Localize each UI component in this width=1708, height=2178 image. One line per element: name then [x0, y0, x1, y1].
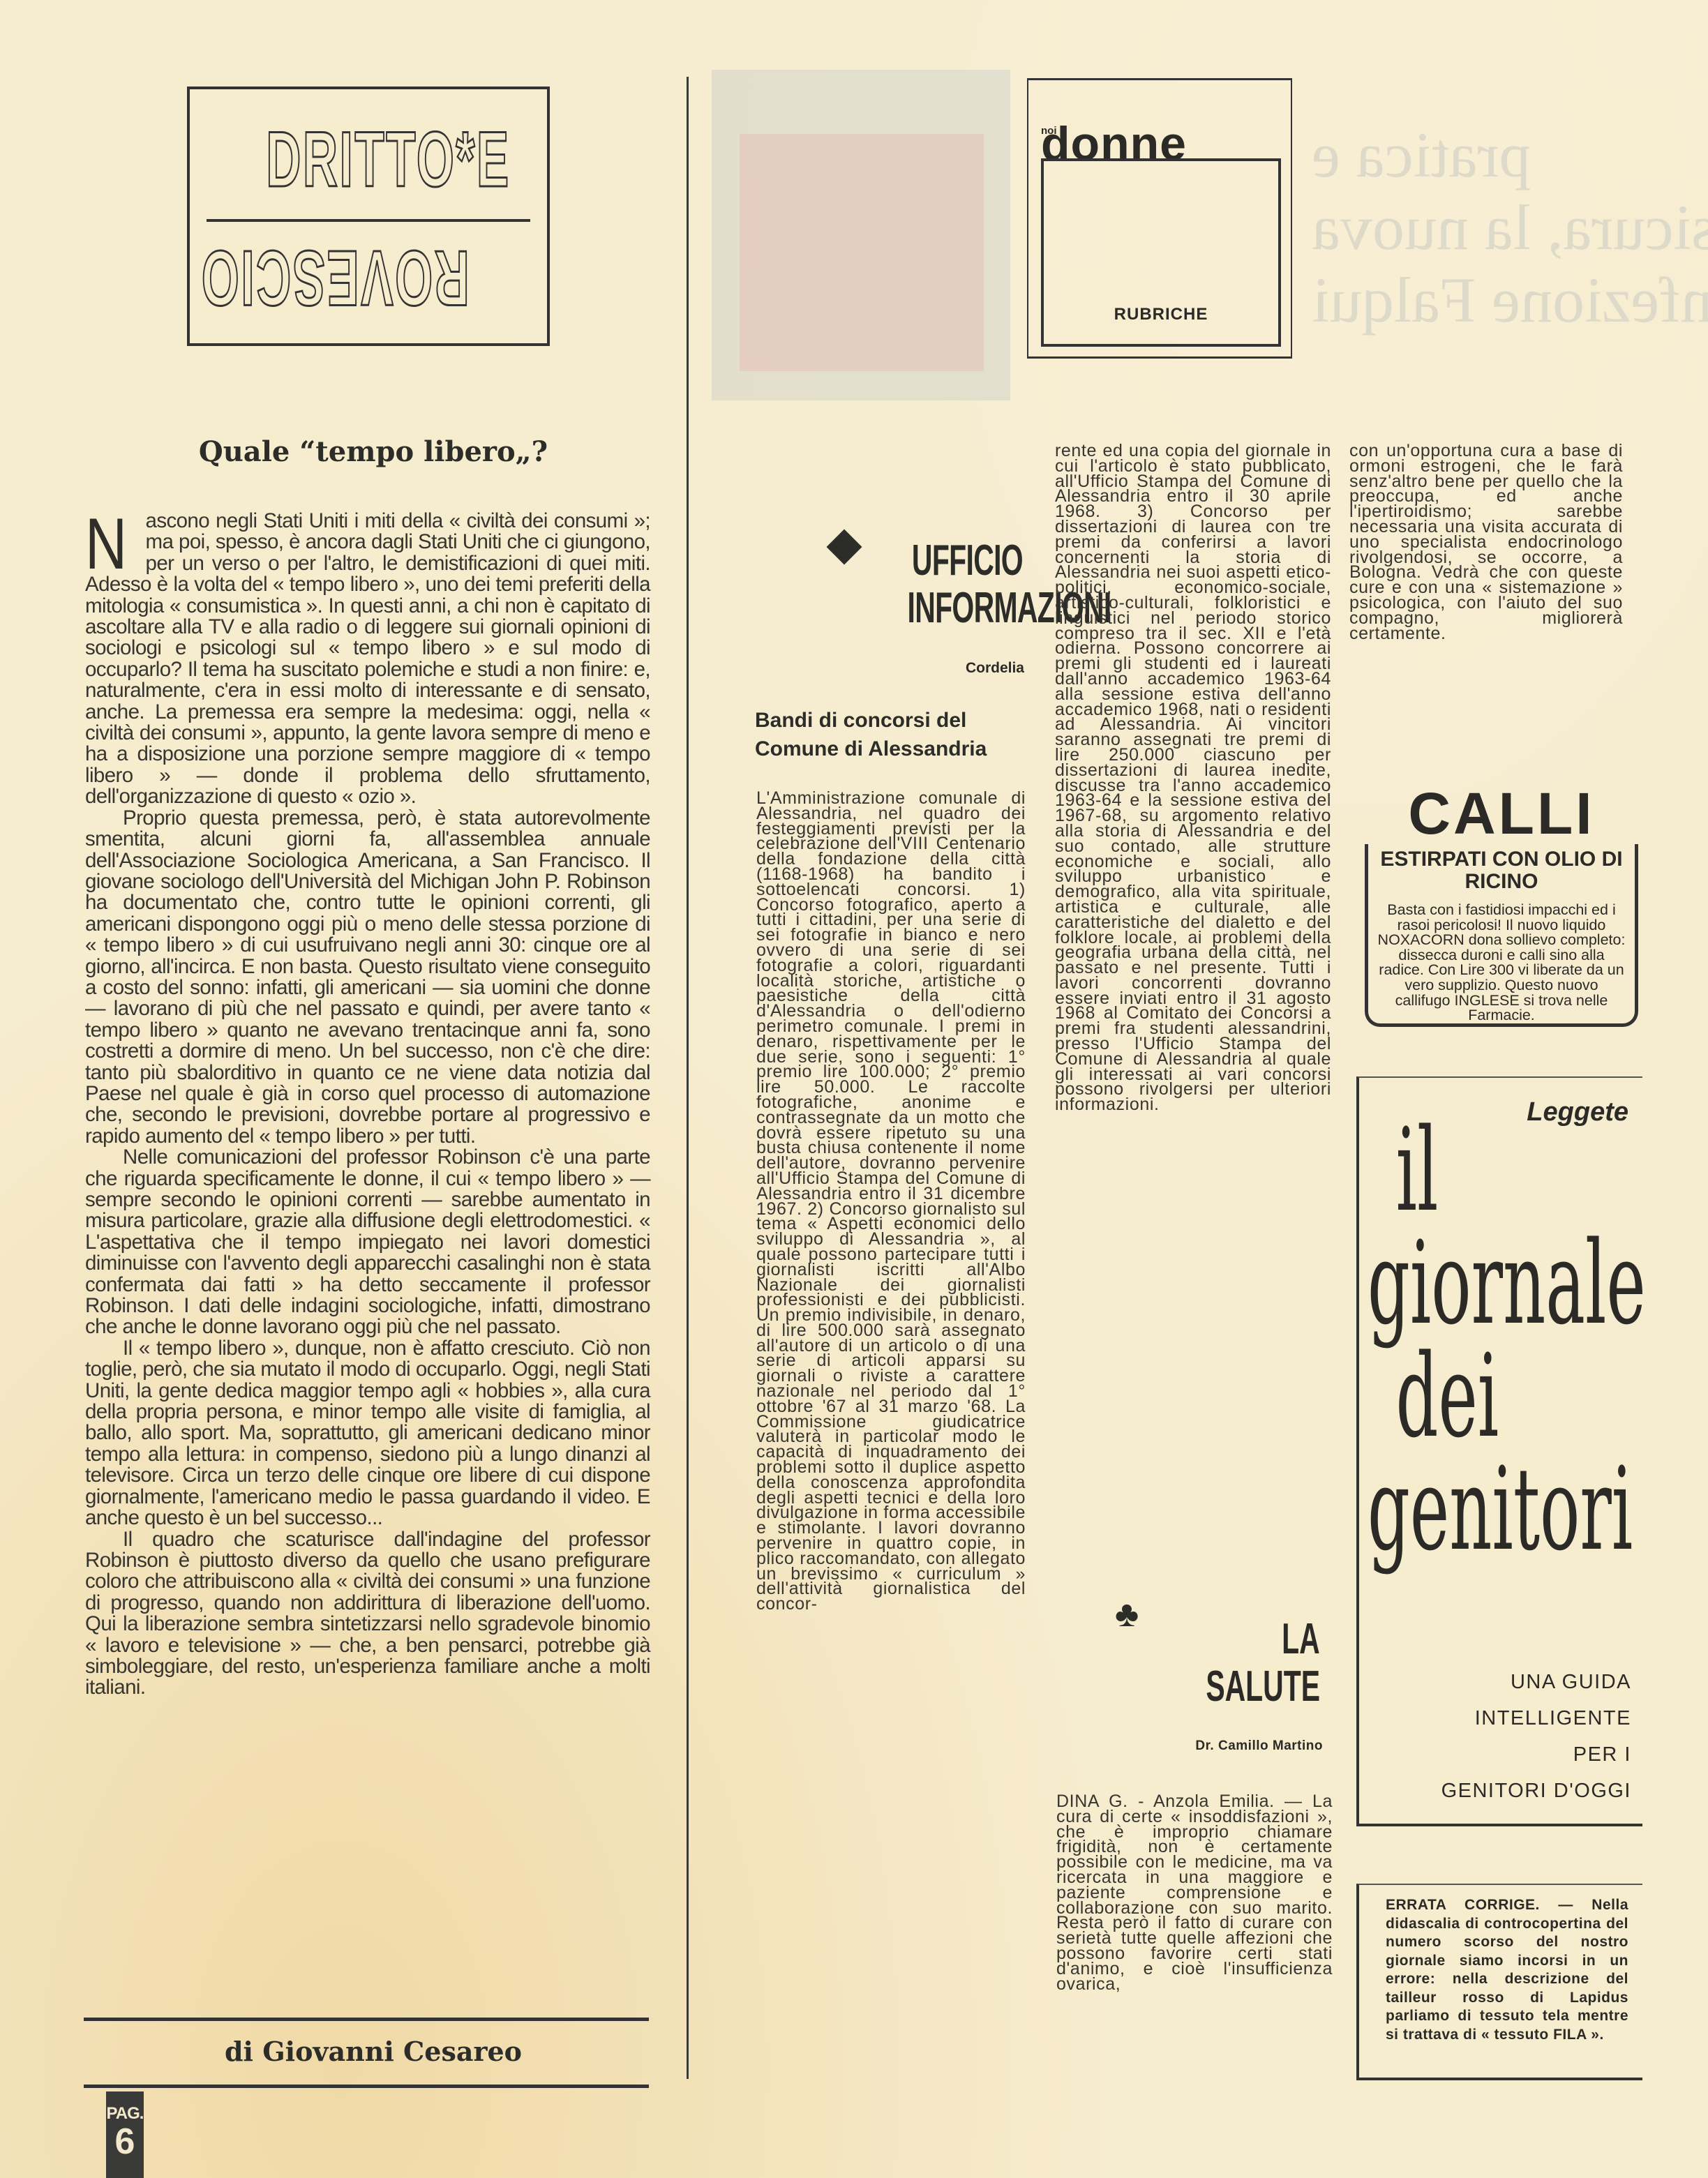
- noi-donne-rubriche-header: noi donne RUBRICHE: [1027, 78, 1292, 359]
- title-line: LA: [1282, 1616, 1320, 1663]
- ad-tagline: UNA GUIDA INTELLIGENTE PER I GENITORI D'…: [1441, 1664, 1631, 1809]
- dritto-rovescio-logo: DRITTO*E ROVESCIO: [187, 87, 550, 346]
- page-number-badge: PAG. 6: [106, 2091, 144, 2178]
- body-text: con un'opportuna cura a base di ormoni e…: [1349, 444, 1623, 641]
- errata-text: ERRATA CORRIGE. — Nella didascalia di co…: [1386, 1896, 1628, 2044]
- tagline-line: INTELLIGENTE: [1441, 1700, 1631, 1736]
- tagline-line: UNA GUIDA: [1441, 1664, 1631, 1700]
- ad-subtitle: ESTIRPATI CON OLIO DI RICINO: [1363, 848, 1640, 893]
- ufficio-body-part-2: rente ed una copia del giornale in cui l…: [1055, 444, 1331, 1113]
- show-through-cover-inner: [740, 134, 984, 371]
- page-number: 6: [106, 2124, 144, 2160]
- ufficio-body-part-1: L'Amministrazione comunale di Alessandri…: [756, 791, 1026, 1612]
- giornale-genitori-advertisement: Leggete il giornale dei genitori UNA GUI…: [1356, 1076, 1642, 1826]
- section-title-ufficio: UFFICIO INFORMAZIONI: [802, 537, 1023, 632]
- article-paragraph: Il quadro che scaturisce dall'indagine d…: [85, 1529, 650, 1699]
- ad-title: il giornale dei genitori: [1368, 1114, 1708, 1566]
- article-byline: di Giovanni Cesareo: [84, 2036, 663, 2067]
- article-paragraph: Nelle comunicazioni del professor Robins…: [85, 1147, 650, 1338]
- logo-divider: [207, 219, 530, 222]
- title-line: il: [1368, 1114, 1646, 1227]
- show-through-line: confezione Falqui: [1312, 264, 1708, 336]
- ad-title: CALLI: [1363, 784, 1640, 843]
- show-through-line: pratica e: [1312, 119, 1708, 191]
- logo-top-text: DRITTO*E: [266, 114, 469, 204]
- title-line: UFFICIO: [912, 537, 1023, 585]
- body-text: L'Amministrazione comunale di Alessandri…: [756, 791, 1026, 1612]
- tagline-line: GENITORI D'OGGI: [1441, 1773, 1631, 1809]
- title-line: dei: [1368, 1340, 1646, 1453]
- article-paragraph: Il « tempo libero », dunque, non è affat…: [85, 1338, 650, 1529]
- title-line: genitori: [1368, 1453, 1646, 1566]
- show-through-text: pratica e sicura, la nuova confezione Fa…: [1312, 119, 1708, 336]
- title-line: giornale: [1368, 1227, 1646, 1340]
- ad-text: Basta con i fastidiosi impacchi ed i ras…: [1376, 903, 1627, 1023]
- article-paragraph: Nascono negli Stati Uniti i miti della «…: [85, 511, 650, 808]
- body-text: rente ed una copia del giornale in cui l…: [1055, 444, 1331, 1113]
- show-through-cover-image: [712, 70, 1010, 400]
- rubriche-frame: RUBRICHE: [1041, 158, 1281, 347]
- logo-bottom-text-inverted: ROVESCIO: [266, 233, 469, 323]
- byline-rule: [84, 2085, 649, 2088]
- rubriche-label: RUBRICHE: [1044, 305, 1278, 324]
- salute-body-part-1: DINA G. - Anzola Emilia. — La cura di ce…: [1056, 1794, 1333, 1992]
- byline-rule: [84, 2018, 649, 2021]
- section-author: Cordelia: [802, 660, 1024, 677]
- body-text: DINA G. - Anzola Emilia. — La cura di ce…: [1056, 1794, 1333, 1992]
- article-paragraph: Proprio questa premessa, però, è stata a…: [85, 808, 650, 1148]
- article-title: Quale “tempo libero„?: [84, 435, 663, 468]
- column-divider: [687, 77, 689, 2079]
- paragraph-text: ascono negli Stati Uniti i miti della « …: [85, 509, 650, 808]
- title-line: SALUTE: [1206, 1663, 1320, 1711]
- tagline-line: PER I: [1441, 1736, 1631, 1773]
- drop-cap: N: [85, 515, 127, 573]
- section-title-salute: LA SALUTE: [1116, 1616, 1320, 1711]
- column-heading: Bandi di concorsi del Comune di Alessand…: [755, 706, 1034, 763]
- errata-corrige-box: ERRATA CORRIGE. — Nella didascalia di co…: [1356, 1884, 1642, 2080]
- show-through-line: sicura, la nuova: [1312, 191, 1708, 264]
- page-label: PAG.: [106, 2104, 144, 2124]
- calli-advertisement: CALLI ESTIRPATI CON OLIO DI RICINO Basta…: [1363, 784, 1640, 1027]
- article-body: Nascono negli Stati Uniti i miti della «…: [85, 511, 650, 1699]
- section-author: Dr. Camillo Martino: [1116, 1738, 1323, 1754]
- salute-body-part-2: con un'opportuna cura a base di ormoni e…: [1349, 444, 1623, 641]
